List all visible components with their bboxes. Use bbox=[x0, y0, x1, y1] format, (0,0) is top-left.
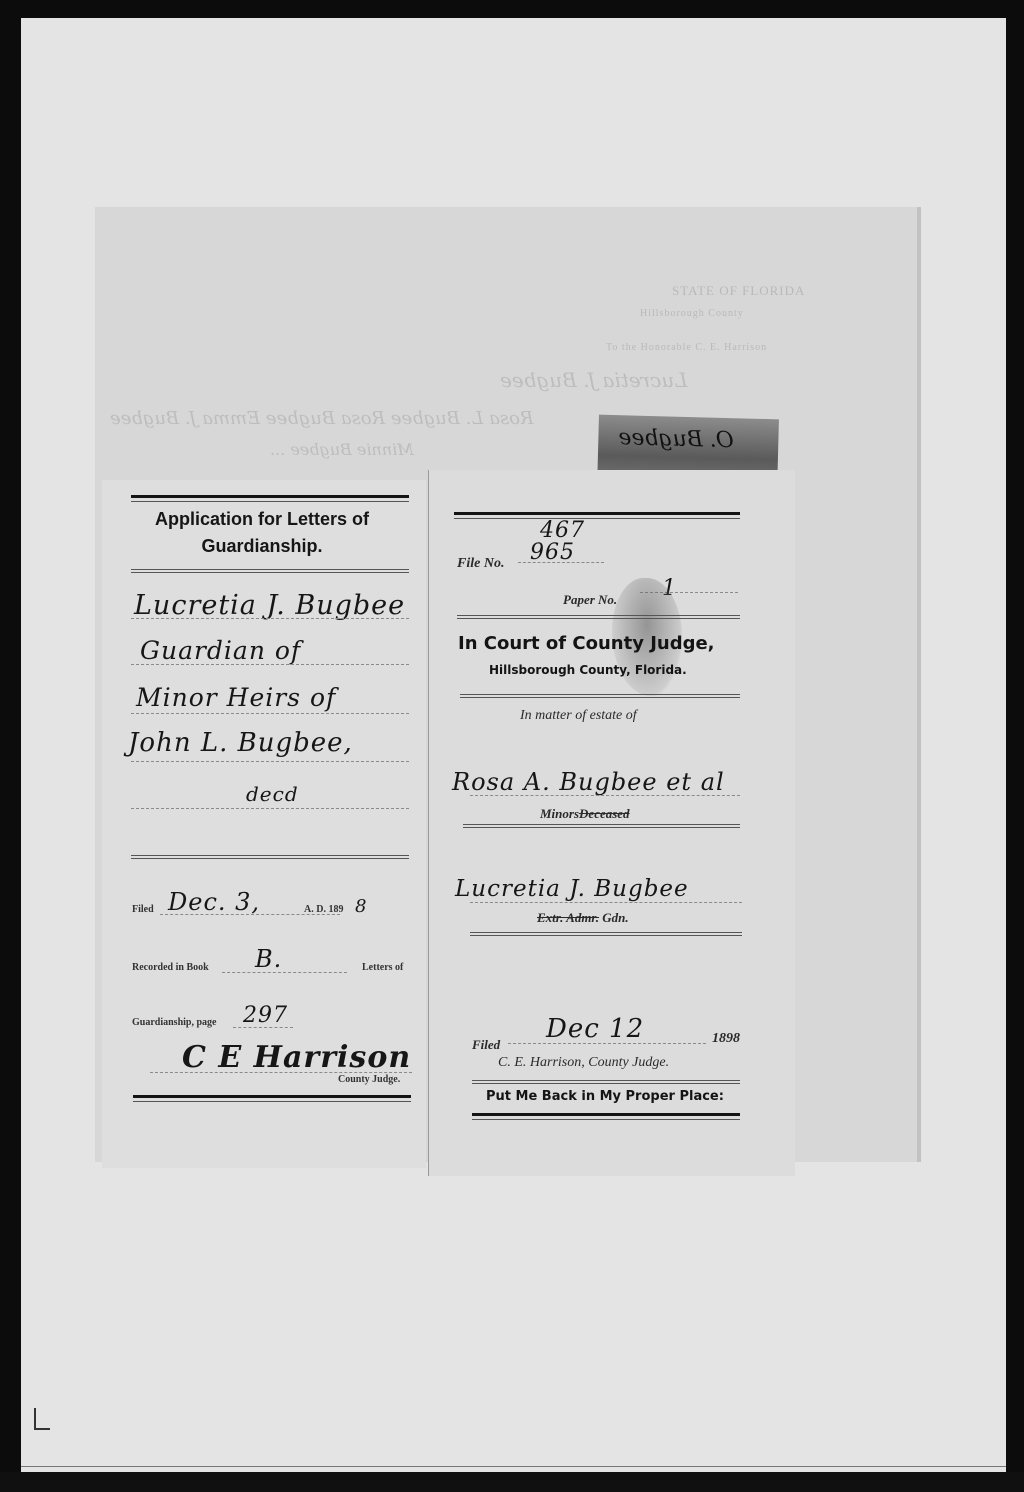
footer-instruction: Put Me Back in My Proper Place: bbox=[486, 1089, 724, 1104]
dotted-line bbox=[131, 664, 409, 665]
book-value: B. bbox=[255, 945, 282, 973]
matter-label: In matter of estate of bbox=[520, 708, 637, 724]
bottom-rule-left bbox=[133, 1095, 411, 1102]
paper-no-label: Paper No. bbox=[563, 592, 617, 608]
section-rule bbox=[131, 855, 409, 859]
dotted-line bbox=[222, 972, 347, 973]
representative-role: Extr. Admr. Gdn. bbox=[537, 910, 629, 926]
judge-line: C. E. Harrison, County Judge. bbox=[498, 1055, 669, 1071]
application-title-line-2: Guardianship. bbox=[112, 533, 412, 560]
taped-label-text: O. Bugbee bbox=[618, 425, 734, 453]
title-rule bbox=[131, 569, 409, 573]
representative-rule bbox=[470, 932, 742, 936]
faint-header-line-1: STATE OF FLORIDA bbox=[672, 283, 805, 299]
court-title: In Court of County Judge, bbox=[458, 633, 715, 654]
corner-crop-mark bbox=[34, 1408, 50, 1430]
judge-signature: C E Harrison bbox=[182, 1040, 411, 1075]
page-value: 297 bbox=[243, 1003, 288, 1028]
estate-rule bbox=[463, 824, 740, 828]
scan-border-bottom bbox=[0, 1472, 1024, 1492]
dotted-line bbox=[150, 1072, 412, 1073]
bottom-rule bbox=[21, 1466, 1006, 1467]
file-no-value: 965 bbox=[530, 540, 575, 565]
faint-header-line-3: To the Honorable C. E. Harrison bbox=[606, 342, 767, 353]
handwritten-line-deceased: decd bbox=[246, 782, 299, 806]
rep-role-gdn: Gdn. bbox=[602, 910, 628, 925]
top-rule bbox=[131, 495, 409, 502]
dotted-line bbox=[470, 795, 740, 796]
mirrored-handwriting-2: Rosa L. Bugbee Rosa Bugbee Emma J. Bugbe… bbox=[110, 408, 534, 429]
county-judge-label: County Judge. bbox=[338, 1074, 400, 1085]
filed-date-right: Dec 12 bbox=[546, 1014, 644, 1044]
estate-role: MinorsDeceased bbox=[540, 806, 630, 822]
handwritten-line-decedent: John L. Bugbee, bbox=[128, 728, 353, 758]
handwritten-line-applicant: Lucretia J. Bugbee bbox=[134, 590, 405, 621]
ad-year-digit: 8 bbox=[355, 896, 367, 917]
dotted-line bbox=[131, 761, 409, 762]
application-title-line-1: Application for Letters of bbox=[112, 506, 412, 533]
court-rule-top bbox=[457, 615, 740, 619]
top-rule-right bbox=[454, 512, 740, 519]
recorded-in-book-label: Recorded in Book bbox=[132, 962, 209, 973]
filed-year: 1898 bbox=[712, 1031, 740, 1047]
dotted-line bbox=[131, 618, 409, 619]
filed-label: Filed bbox=[132, 904, 154, 915]
handwritten-line-minor-heirs: Minor Heirs of bbox=[136, 683, 336, 712]
filed-date: Dec. 3, bbox=[168, 888, 260, 916]
dotted-line bbox=[131, 713, 409, 714]
handwritten-line-guardian: Guardian of bbox=[140, 636, 301, 665]
estate-role-minors: Minors bbox=[540, 806, 579, 821]
court-subtitle: Hillsborough County, Florida. bbox=[489, 663, 687, 677]
filed-label-right: Filed bbox=[472, 1037, 500, 1053]
representative-name: Lucretia J. Bugbee bbox=[455, 876, 689, 902]
estate-name: Rosa A. Bugbee et al bbox=[452, 768, 725, 796]
dotted-line bbox=[470, 902, 742, 903]
file-no-label: File No. bbox=[457, 556, 504, 572]
judge-rule bbox=[472, 1080, 740, 1084]
file-no-corrected: 467 bbox=[540, 518, 585, 543]
letters-of-label: Letters of bbox=[362, 962, 403, 973]
mirrored-handwriting-3: Minnie Bugbee ... bbox=[270, 440, 414, 459]
faint-header-line-2: Hillsborough County bbox=[640, 308, 744, 319]
dotted-line bbox=[131, 808, 409, 809]
rep-role-extr-admr-struck: Extr. Admr. bbox=[537, 910, 599, 925]
mirrored-handwriting-1: Lucretia J. Bugbee bbox=[500, 368, 688, 392]
ad-year-label: A. D. 189 bbox=[304, 904, 343, 915]
bottom-rule-right bbox=[472, 1113, 740, 1120]
estate-role-deceased-struck: Deceased bbox=[579, 806, 630, 821]
court-rule-bottom bbox=[460, 694, 740, 698]
guardianship-page-label: Guardianship, page bbox=[132, 1017, 216, 1028]
